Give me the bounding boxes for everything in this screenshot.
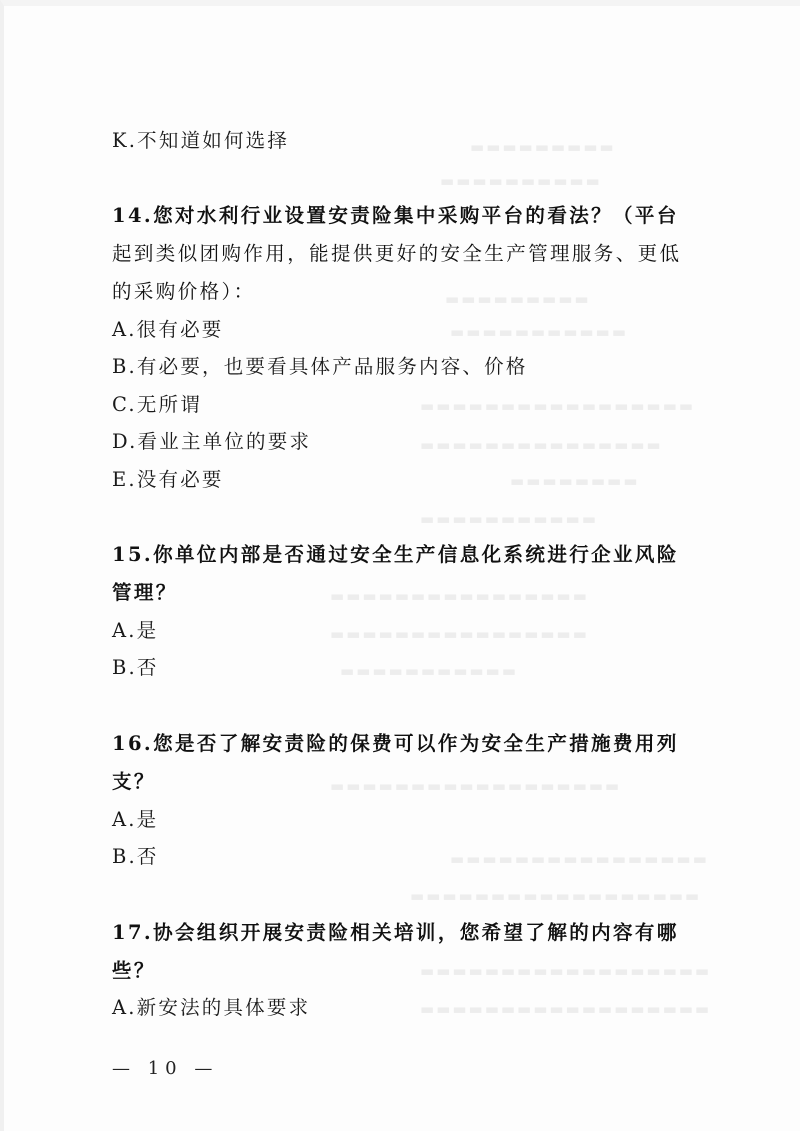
question-15-line-2: 管理？ bbox=[112, 583, 178, 603]
question-16-line-1: 16.您是否了解安责险的保费可以作为安全生产措施费用列 bbox=[112, 734, 679, 754]
show-through-text: ▬▬▬▬▬▬▬▬▬▬▬▬▬▬▬ bbox=[420, 436, 663, 454]
option-k-dont-know: K.不知道如何选择 bbox=[112, 131, 289, 151]
question-17-option-a: A.新安法的具体要求 bbox=[112, 998, 310, 1018]
question-14-line-2: 起到类似团购作用，能提供更好的安全生产管理服务、更低 bbox=[112, 244, 681, 264]
show-through-text: ▬▬▬▬▬▬▬▬▬ bbox=[470, 138, 616, 156]
page-number: — 10 — bbox=[112, 1058, 218, 1079]
show-through-text: ▬▬▬▬▬▬▬▬▬▬▬▬▬▬▬▬ bbox=[330, 587, 589, 605]
question-14-option-d: D.看业主单位的要求 bbox=[112, 432, 311, 452]
show-through-text: ▬▬▬▬▬▬▬▬▬ bbox=[445, 290, 591, 308]
show-through-text: ▬▬▬▬▬▬▬▬ bbox=[510, 472, 639, 490]
question-17-line-2: 些？ bbox=[112, 961, 156, 981]
question-14-option-c: C.无所谓 bbox=[112, 395, 202, 415]
question-15-option-b: B.否 bbox=[112, 658, 159, 678]
show-through-text: ▬▬▬▬▬▬▬▬▬▬ bbox=[440, 172, 602, 190]
show-through-text: ▬▬▬▬▬▬▬▬▬▬▬▬▬▬▬▬▬▬ bbox=[420, 962, 711, 980]
show-through-text: ▬▬▬▬▬▬▬▬▬▬▬▬▬▬▬▬▬▬ bbox=[420, 1000, 711, 1018]
question-14-option-e: E.没有必要 bbox=[112, 470, 224, 490]
question-17-line-1: 17.协会组织开展安责险相关培训，您希望了解的内容有哪 bbox=[112, 923, 679, 943]
question-14-option-b: B.有必要，也要看具体产品服务内容、价格 bbox=[112, 357, 528, 377]
show-through-text: ▬▬▬▬▬▬▬▬▬▬▬▬▬▬▬▬▬▬ bbox=[410, 887, 701, 905]
question-15-line-1: 15.你单位内部是否通过安全生产信息化系统进行企业风险 bbox=[112, 545, 679, 565]
show-through-text: ▬▬▬▬▬▬▬▬▬▬▬▬▬▬▬▬ bbox=[330, 625, 589, 643]
question-16-option-a: A.是 bbox=[112, 810, 158, 830]
show-through-text: ▬▬▬▬▬▬▬▬▬▬▬▬▬▬▬▬▬ bbox=[420, 397, 695, 415]
question-14-line-3: 的采购价格）： bbox=[112, 282, 256, 302]
show-through-text: ▬▬▬▬▬▬▬▬▬▬▬ bbox=[340, 662, 518, 680]
question-15-option-a: A.是 bbox=[112, 621, 158, 641]
question-16-option-b: B.否 bbox=[112, 847, 159, 867]
show-through-text: ▬▬▬▬▬▬▬▬▬▬▬▬▬▬▬▬ bbox=[450, 850, 709, 868]
show-through-text: ▬▬▬▬▬▬▬▬▬▬▬ bbox=[420, 510, 598, 528]
show-through-text: ▬▬▬▬▬▬▬▬▬▬▬ bbox=[450, 323, 628, 341]
question-14-line-1: 14.您对水利行业设置安责险集中采购平台的看法？（平台 bbox=[112, 206, 679, 226]
show-through-text: ▬▬▬▬▬▬▬▬▬▬▬▬▬▬▬▬▬▬ bbox=[330, 777, 621, 795]
question-16-line-2: 支？ bbox=[112, 772, 156, 792]
question-14-option-a: A.很有必要 bbox=[112, 320, 223, 340]
